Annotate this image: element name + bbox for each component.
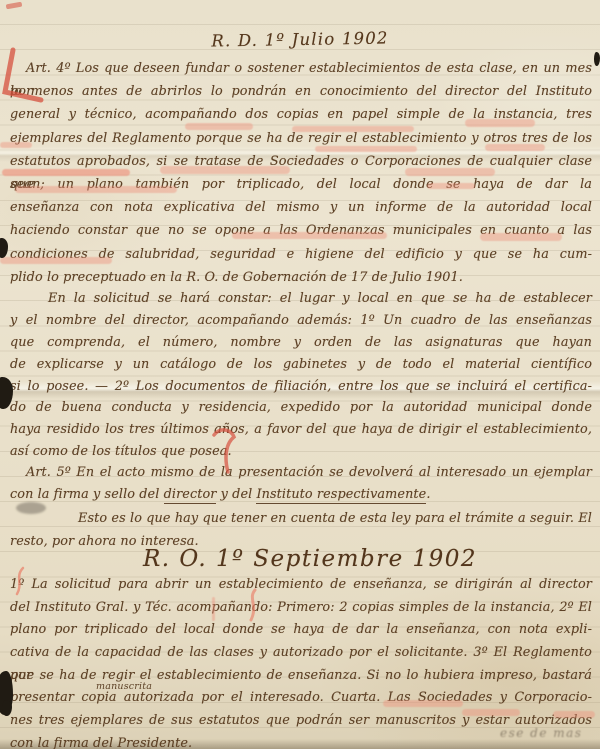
- line-fragment: .: [426, 487, 430, 502]
- manuscript-line: En la solicitud se hará constar: el luga…: [10, 288, 592, 310]
- manuscript-line: haciendo constar que no se opone a las O…: [10, 219, 592, 242]
- manuscript-line: plido lo preceptuado en la R. O. de Gobe…: [10, 266, 592, 289]
- manuscript-line: Art. 4º Los que deseen fundar o sostener…: [10, 57, 592, 80]
- paragraph-art-4: Art. 4º Los que deseen fundar o sostener…: [10, 57, 592, 289]
- manuscript-line: de explicarse y un catálogo de los gabin…: [10, 354, 592, 376]
- red-corner-dash: [6, 2, 23, 10]
- manuscript-page: R. D. 1º Julio 1902 R. O. 1º Septiembre …: [0, 0, 600, 749]
- manuscript-line: si lo posee. — 2º Los documentos de fili…: [10, 376, 592, 398]
- manuscript-line: sean; un plano también por triplicado, d…: [10, 173, 592, 196]
- heading-rd-1-julio-1902: R. D. 1º Julio 1902: [160, 28, 440, 52]
- manuscript-line: plano por triplicado del local donde se …: [10, 619, 592, 642]
- manuscript-line: con la firma y sello del director y del …: [10, 484, 592, 506]
- manuscript-line: del Instituto Gral. y Téc. acompañando: …: [10, 597, 592, 620]
- manuscript-line: ejemplares del Reglamento porque se ha d…: [10, 127, 592, 150]
- manuscript-line: cativa de la capacidad de las clases y a…: [10, 642, 592, 665]
- paragraph-solicitud: En la solicitud se hará constar: el luga…: [10, 288, 592, 463]
- manuscript-line: lo menos antes de abrirlos lo pondrán en…: [10, 80, 592, 103]
- paragraph-ro-1: 1º La solicitud para abrir un establecim…: [10, 574, 592, 749]
- manuscript-line: general y técnico, acompañando dos copia…: [10, 103, 592, 126]
- manuscript-line: resto, por ahora no interesa.: [10, 531, 592, 554]
- manuscript-line: Art. 5º En el acto mismo de la presentac…: [10, 462, 592, 484]
- manuscript-line: do de buena conducta y residencia, exped…: [10, 397, 592, 419]
- line-fragment: con la firma y sello del: [10, 487, 164, 502]
- manuscript-line: 1º La solicitud para abrir un establecim…: [10, 574, 592, 597]
- manuscript-line: así como de los títulos que posea.: [10, 441, 592, 463]
- line-fragment: y del: [216, 487, 256, 502]
- ink-blot: [594, 52, 600, 66]
- ink-showthrough-text: ese de mas: [500, 726, 582, 740]
- underlined-word-director: director: [164, 487, 217, 504]
- manuscript-line: enseñanza con nota explicativa del mismo…: [10, 196, 592, 219]
- manuscript-line: y el nombre del director, acompañando ad…: [10, 310, 592, 332]
- manuscript-line: haya residido los tres últimos años, a f…: [10, 419, 592, 441]
- paragraph-nota: Esto es lo que hay que tener en cuenta d…: [10, 508, 592, 553]
- manuscript-line: Esto es lo que hay que tener en cuenta d…: [10, 508, 592, 531]
- manuscript-line: estatutos aprobados, si se tratase de So…: [10, 150, 592, 173]
- underlined-word-instituto: Instituto respectivamente: [256, 487, 426, 504]
- paragraph-art-5: Art. 5º En el acto mismo de la presentac…: [10, 462, 592, 506]
- ink-blot: [0, 238, 8, 258]
- interlinear-insertion: manuscrita: [96, 681, 152, 692]
- manuscript-line: condiciones de salubridad, seguridad e h…: [10, 243, 592, 266]
- manuscript-line: que comprenda, el número, nombre y orden…: [10, 332, 592, 354]
